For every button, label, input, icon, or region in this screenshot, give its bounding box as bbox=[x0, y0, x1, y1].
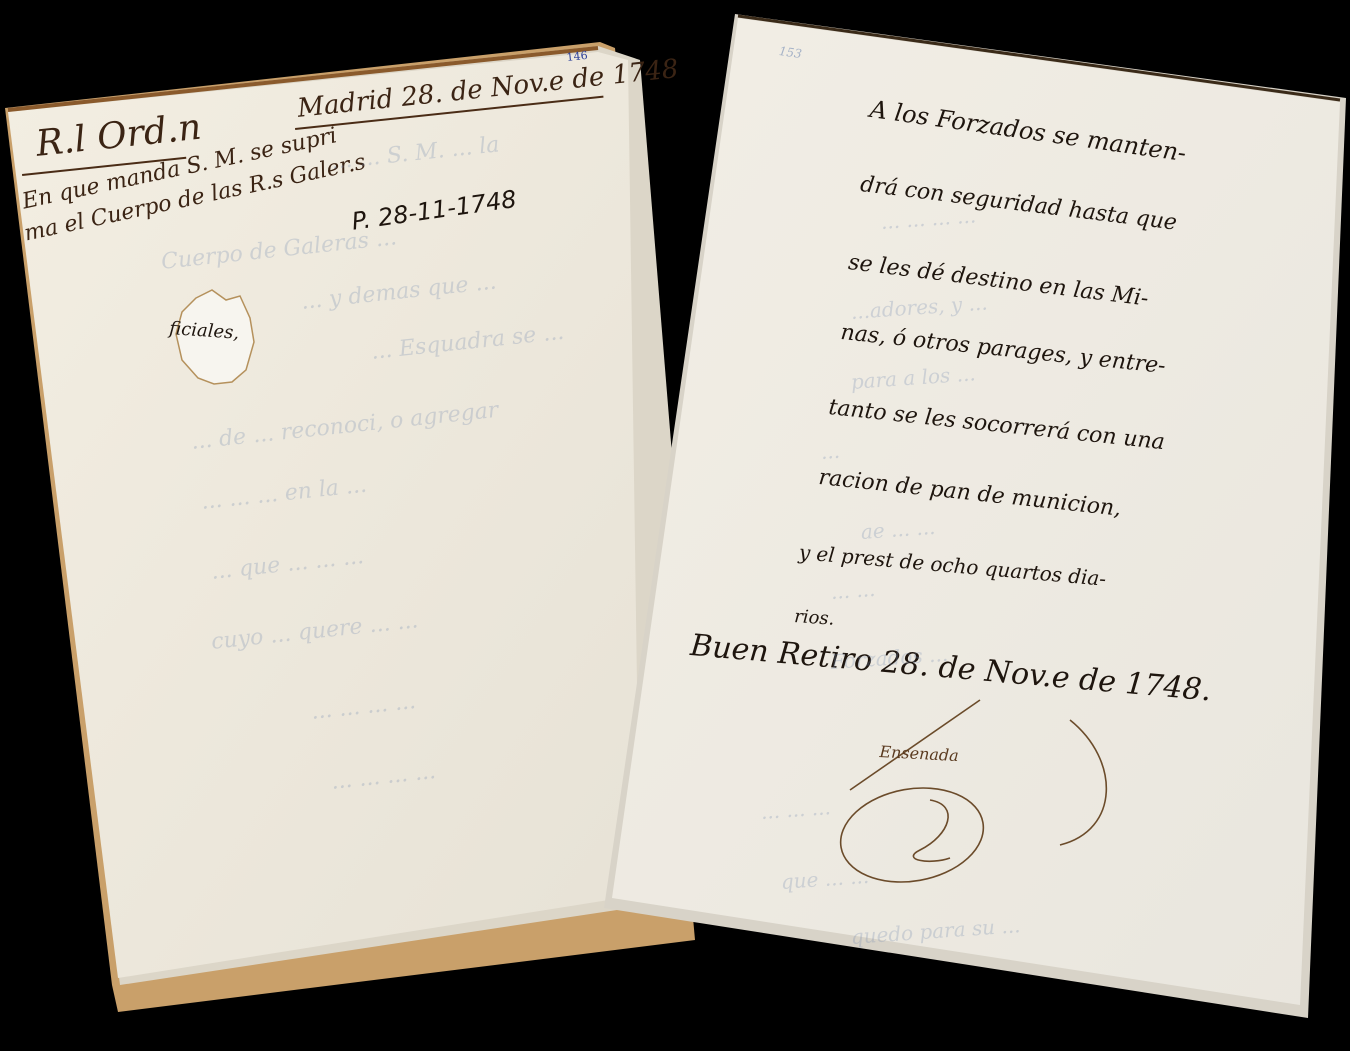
right-bleed-line: ... ... bbox=[830, 577, 876, 604]
right-signature: Ensenada bbox=[879, 742, 959, 765]
right-page-sheet bbox=[612, 18, 1340, 1005]
right-bleed-line: ... bbox=[820, 439, 841, 464]
right-body-line: rios. bbox=[794, 606, 836, 630]
right-folio-number: 153 bbox=[778, 44, 803, 61]
right-bleed-line: ... ... ... bbox=[760, 795, 831, 824]
manuscript-photo: 146 Madrid 28. de Nov.e de 1748 R.l Ord.… bbox=[0, 0, 1350, 1051]
left-folio-number: 146 bbox=[566, 49, 588, 64]
